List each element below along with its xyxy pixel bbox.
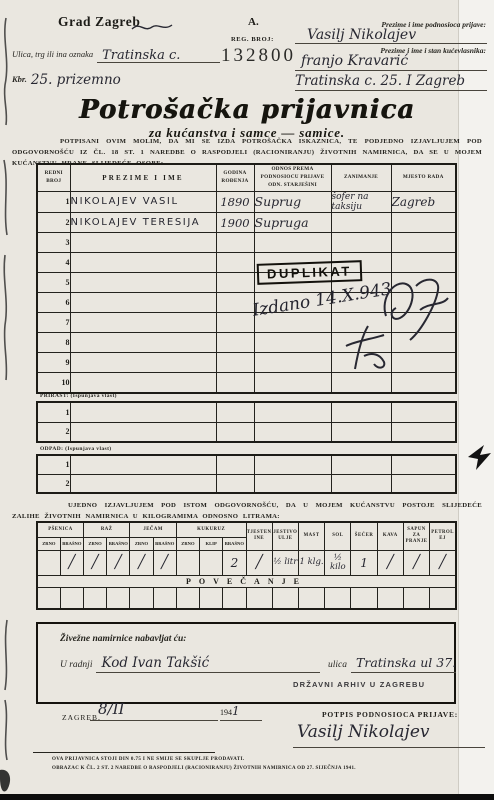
supply-value-cell: ╱ (60, 550, 83, 575)
person-name-cell: NIKOLAJEV TERESIJA (70, 213, 216, 233)
empty-cell (246, 587, 272, 609)
supplies-declaration: UJEDNO IZJAVLJUJEM POD ISTOM ODGOVORNOŠĆ… (12, 500, 482, 522)
person-row: 10 (37, 373, 456, 393)
house-number-label: Kbr. (12, 74, 27, 84)
odpad-row: 2 (37, 474, 456, 493)
supply-value-cell: ╱ (246, 550, 272, 575)
birth-year-cell: 1900 (216, 213, 254, 233)
col-header-petrolej: PETROLEJ (430, 522, 456, 550)
landlord-name-line: franjo Kravarić (295, 52, 487, 71)
col-header-row-no: REDNI BROJ (37, 164, 70, 191)
col-header-secer: ŠEĆER (351, 522, 377, 550)
archive-stamp: DRŽAVNI ARHIV U ZAGREBU (293, 680, 425, 689)
sub-header-zrno: ZRNO (176, 537, 199, 550)
street-fill-line: Tratinska c. (97, 44, 220, 63)
empty-cell (272, 587, 298, 609)
odpad-label: ODPAD: (Ispunjava vlast) (40, 446, 112, 452)
odpad-table: 1 2 (36, 454, 457, 494)
shop-field: U radnji Kod Ivan Takšić (60, 654, 320, 673)
person-row: 2 NIKOLAJEV TERESIJA 1900 Supruga (37, 213, 456, 233)
signature-label: POTPIS PODNOSIOCA PRIJAVE: (322, 710, 458, 719)
supply-value-cell: ½ litr (272, 550, 298, 575)
row-number-cell: 1 (37, 402, 70, 422)
occupation-cell (331, 213, 391, 233)
col-header-occupation: ZANIMANJE (331, 164, 391, 191)
empty-cell (37, 587, 60, 609)
sub-header-klip: KLIP (200, 537, 223, 550)
footer-date-handwritten: 8/II (98, 700, 124, 718)
person-row: 9 (37, 353, 456, 373)
empty-cell (331, 402, 391, 422)
odpad-row: 1 (37, 455, 456, 474)
row-number-cell: 2 (37, 213, 70, 233)
person-name-cell (70, 233, 216, 253)
footer-date-line: 8/II (90, 700, 218, 721)
row-number-cell: 1 (37, 191, 70, 213)
supply-value-cell: 1 klg. (298, 550, 324, 575)
shop-label: U radnji (60, 660, 92, 670)
applicant-name-line: Vasilj Nikolajev (295, 26, 487, 44)
col-header-sol: SOL (325, 522, 351, 550)
col-header-kava: KAVA (377, 522, 403, 550)
empty-cell (254, 474, 331, 493)
landlord-address-handwritten: Tratinska c. 25. I Zagreb (295, 73, 465, 89)
house-number-field: Kbr. 25. prizemno (12, 70, 172, 86)
applicant-signature-handwritten: Vasilj Nikolajev (297, 722, 429, 742)
row-number-cell: 5 (37, 273, 70, 293)
street-label: Ulica, trg ili ina oznaka (12, 49, 93, 59)
sub-header-brasno: BRAŠNO (153, 537, 176, 550)
supplies-values-row: ╱ ╱ ╱ ╱ ╱ 2 ╱ ½ litr 1 klg. ½ kilo 1 ╱ ╱… (37, 550, 456, 575)
row-number-cell: 7 (37, 313, 70, 333)
person-name-cell: NIKOLAJEV VASIL (70, 191, 216, 213)
increase-label: POVEČANJE (37, 575, 456, 587)
prirast-row: 1 (37, 402, 456, 422)
col-header-relation: ODNOS PREMA PODNOSIOCU PRIJAVE ODN. STAR… (254, 164, 331, 191)
supply-value-cell (176, 550, 199, 575)
workplace-cell (391, 233, 456, 253)
empty-cell (70, 422, 216, 442)
empty-cell (216, 455, 254, 474)
empty-cell (403, 587, 429, 609)
empty-cell (254, 402, 331, 422)
birth-year-cell: 1890 (216, 191, 254, 213)
supply-value-cell: ╱ (107, 550, 130, 575)
empty-cell (298, 587, 324, 609)
relation-cell (254, 353, 331, 373)
landlord-address-line: Tratinska c. 25. I Zagreb (295, 72, 487, 91)
street-value-handwritten: Tratinska c. (102, 48, 180, 63)
relation-cell: Supruga (254, 213, 331, 233)
empty-cell (70, 402, 216, 422)
city-heading: Grad Zagreb (58, 14, 140, 30)
empty-cell (331, 455, 391, 474)
shop-intro-text: Živežne namirnice nabavljat ću: (60, 634, 186, 644)
col-header-tjestenine: TJESTENINE (246, 522, 272, 550)
empty-cell (176, 587, 199, 609)
empty-cell (391, 455, 456, 474)
supplies-group-header-row: PŠENICA RAŽ JEČAM KUKURUZ TJESTENINE JES… (37, 522, 456, 537)
birth-year-cell (216, 333, 254, 353)
birth-year-cell (216, 293, 254, 313)
empty-cell (331, 474, 391, 493)
sub-header-zrno: ZRNO (83, 537, 106, 550)
registry-number-label: REG. BROJ: (231, 36, 274, 43)
empty-cell (391, 422, 456, 442)
empty-cell (331, 422, 391, 442)
person-name-cell (70, 293, 216, 313)
empty-cell (216, 402, 254, 422)
row-number-cell: 8 (37, 333, 70, 353)
sub-header-brasno: BRAŠNO (223, 537, 246, 550)
sub-header-zrno: ZRNO (130, 537, 153, 550)
group-header-kukuruz: KUKURUZ (176, 522, 246, 537)
supply-value-cell: 2 (223, 550, 246, 575)
prirast-table: 1 2 (36, 401, 457, 443)
bottom-scan-bar (0, 794, 494, 800)
empty-cell (107, 587, 130, 609)
footer-year-handwritten: 1 (232, 704, 240, 718)
birth-year-cell (216, 373, 254, 393)
signature-line: Vasilj Nikolajev (293, 722, 485, 748)
supply-value-cell: 1 (351, 550, 377, 575)
relation-cell: Suprug (254, 191, 331, 213)
shop-declaration-box: Živežne namirnice nabavljat ću: U radnji… (36, 622, 456, 704)
prirast-label: PRIRAST: (Ispunjava vlast) (40, 393, 117, 399)
scanned-document-page: Grad Zagreb Ulica, trg ili ina oznaka Tr… (0, 0, 494, 800)
empty-cell (216, 422, 254, 442)
shop-street-field: ulica Tratinska ul 37. (328, 654, 446, 673)
person-row: 3 (37, 233, 456, 253)
col-header-sapun: SAPUN ZA PRANJE (403, 522, 429, 550)
increase-row: POVEČANJE (37, 575, 456, 587)
empty-cell (254, 422, 331, 442)
supply-value-cell: ╱ (430, 550, 456, 575)
empty-cell (325, 587, 351, 609)
supplies-table: PŠENICA RAŽ JEČAM KUKURUZ TJESTENINE JES… (36, 521, 457, 610)
supply-value-cell: ½ kilo (325, 550, 351, 575)
col-header-mast: MAST (298, 522, 324, 550)
occupation-cell (331, 373, 391, 393)
sub-header-brasno: BRAŠNO (60, 537, 83, 550)
empty-cell (391, 402, 456, 422)
occupation-cell: šofer na taksiju (331, 191, 391, 213)
workplace-cell (391, 213, 456, 233)
prirast-row: 2 (37, 422, 456, 442)
form-section-letter: A. (248, 16, 259, 28)
empty-cell (200, 587, 223, 609)
applicant-name-handwritten: Vasilj Nikolajev (307, 27, 416, 43)
person-row: 1 NIKOLAJEV VASIL 1890 Suprug šofer na t… (37, 191, 456, 213)
empty-cell (254, 455, 331, 474)
empty-cell (70, 455, 216, 474)
duplikat-stamp: DUPLIKAT (257, 260, 362, 285)
relation-cell (254, 233, 331, 253)
col-header-name: PREZIME I IME (70, 164, 216, 191)
row-number-cell: 6 (37, 293, 70, 313)
supply-value-cell: ╱ (403, 550, 429, 575)
supplies-empty-row (37, 587, 456, 609)
birth-year-cell (216, 313, 254, 333)
empty-cell (70, 474, 216, 493)
empty-cell (153, 587, 176, 609)
empty-cell (130, 587, 153, 609)
col-header-birth-year: GODINA ROĐENJA (216, 164, 254, 191)
empty-cell (60, 587, 83, 609)
birth-year-cell (216, 233, 254, 253)
person-name-cell (70, 353, 216, 373)
row-number-cell: 10 (37, 373, 70, 393)
supply-value-cell: ╱ (153, 550, 176, 575)
empty-cell (351, 587, 377, 609)
col-header-jestivo-ulje: JESTIVO ULJE (272, 522, 298, 550)
right-margin-ink-blot (466, 443, 492, 473)
supply-value-cell: ╱ (83, 550, 106, 575)
legal-note: OBRAZAC K ČL. 2 ST. 2 NAREDBE O RASPODJE… (52, 766, 356, 771)
row-number-cell: 4 (37, 253, 70, 273)
shop-value-handwritten: Kod Ivan Takšić (101, 655, 209, 671)
person-name-cell (70, 333, 216, 353)
birth-year-cell (216, 353, 254, 373)
handwritten-squiggle (130, 19, 174, 35)
empty-cell (430, 587, 456, 609)
supply-value-cell: ╱ (130, 550, 153, 575)
row-number-cell: 2 (37, 422, 70, 442)
form-title: Potrošačka prijavnica (0, 95, 494, 125)
footnote-rule (33, 752, 215, 753)
shop-street-fill-line: Tratinska ul 37. (351, 654, 456, 673)
empty-cell (391, 474, 456, 493)
row-number-cell: 1 (37, 455, 70, 474)
relation-cell (254, 373, 331, 393)
birth-year-cell (216, 253, 254, 273)
occupation-cell (331, 233, 391, 253)
empty-cell (377, 587, 403, 609)
empty-cell (223, 587, 246, 609)
empty-cell (83, 587, 106, 609)
secondary-signature (340, 322, 390, 372)
footer-year-printed: 194 (220, 708, 232, 717)
price-note: OVA PRIJAVNICA STOJI DIN 0.75 I NE SMIJE… (52, 757, 245, 762)
persons-header-row: REDNI BROJ PREZIME I IME GODINA ROĐENJA … (37, 164, 456, 191)
workplace-cell (391, 373, 456, 393)
supply-value-cell: ╱ (377, 550, 403, 575)
street-field: Ulica, trg ili ina oznaka Tratinska c. (12, 44, 220, 63)
shop-street-label: ulica (328, 660, 347, 670)
sub-header-zrno: ZRNO (37, 537, 60, 550)
person-name-cell (70, 373, 216, 393)
group-header-psenica: PŠENICA (37, 522, 83, 537)
row-number-cell: 9 (37, 353, 70, 373)
birth-year-cell (216, 273, 254, 293)
sub-header-brasno: BRAŠNO (107, 537, 130, 550)
shop-street-value-handwritten: Tratinska ul 37. (356, 655, 456, 670)
supply-value-cell (37, 550, 60, 575)
group-header-raz: RAŽ (83, 522, 129, 537)
col-header-workplace: MJESTO RADA (391, 164, 456, 191)
person-name-cell (70, 313, 216, 333)
row-number-cell: 3 (37, 233, 70, 253)
shop-fill-line: Kod Ivan Takšić (96, 654, 320, 673)
group-header-jecam: JEČAM (130, 522, 176, 537)
registry-number-stamp: 132800 (221, 45, 296, 67)
person-name-cell (70, 273, 216, 293)
row-number-cell: 2 (37, 474, 70, 493)
house-number-value-handwritten: 25. prizemno (31, 72, 121, 88)
empty-cell (216, 474, 254, 493)
footer-year-line: 1941 (220, 702, 262, 721)
workplace-cell: Zagreb (391, 191, 456, 213)
workplace-cell (391, 353, 456, 373)
landlord-name-handwritten: franjo Kravarić (301, 53, 408, 69)
relation-cell (254, 333, 331, 353)
person-name-cell (70, 253, 216, 273)
supply-value-cell (200, 550, 223, 575)
